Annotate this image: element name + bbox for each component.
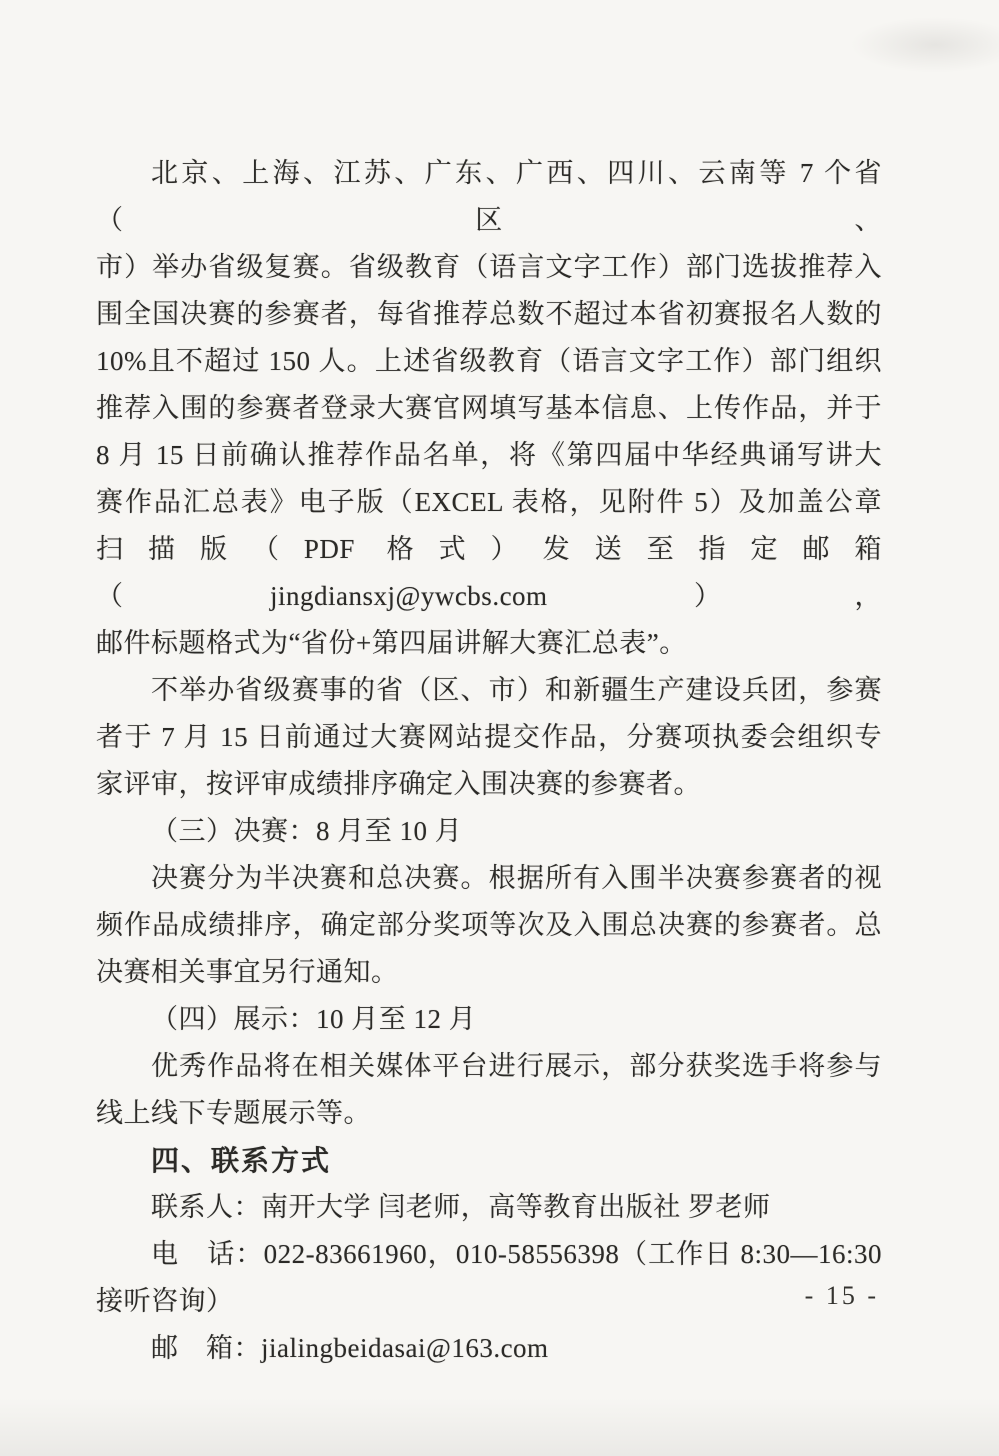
- subsection-heading-finals: （三）决赛：8 月至 10 月: [96, 808, 882, 855]
- body-text-line: 赛作品汇总表》电子版（EXCEL 表格，见附件 5）及加盖公章: [96, 479, 882, 526]
- page-number: - 15 -: [805, 1272, 879, 1319]
- contact-email-line: 邮 箱：jialingbeidasai@163.com: [96, 1325, 882, 1372]
- contact-phone-line: 电 话：022-83661960，010-58556398（工作日 8:30—1…: [96, 1231, 882, 1278]
- body-text-line: 推荐入围的参赛者登录大赛官网填写基本信息、上传作品，并于: [96, 385, 882, 432]
- body-text-line: 频作品成绩排序，确定部分奖项等次及入围总决赛的参赛者。总: [96, 902, 882, 949]
- body-text-line: 扫描版（PDF 格式）发送至指定邮箱（jingdiansxj@ywcbs.com…: [96, 526, 882, 620]
- subsection-heading-display: （四）展示：10 月至 12 月: [96, 996, 882, 1043]
- body-text-line: 优秀作品将在相关媒体平台进行展示，部分获奖选手将参与: [96, 1043, 882, 1090]
- body-text-line: 线上线下专题展示等。: [96, 1090, 882, 1137]
- body-text-line: 市）举办省级复赛。省级教育（语言文字工作）部门选拔推荐入: [96, 244, 882, 291]
- body-text-line: 家评审，按评审成绩排序确定入围决赛的参赛者。: [96, 761, 882, 808]
- body-text-line: 邮件标题格式为“省份+第四届讲解大赛汇总表”。: [96, 620, 882, 667]
- scanned-document-page: 北京、上海、江苏、广东、广西、四川、云南等 7 个省（区、 市）举办省级复赛。省…: [96, 150, 882, 1372]
- body-text-line: 决赛相关事宜另行通知。: [96, 949, 882, 996]
- body-text-line: 北京、上海、江苏、广东、广西、四川、云南等 7 个省（区、: [96, 150, 882, 244]
- body-text-line: 者于 7 月 15 日前通过大赛网站提交作品，分赛项执委会组织专: [96, 714, 882, 761]
- body-text-line: 不举办省级赛事的省（区、市）和新疆生产建设兵团，参赛: [96, 667, 882, 714]
- contact-person-line: 联系人：南开大学 闫老师，高等教育出版社 罗老师: [96, 1184, 882, 1231]
- body-text-line: 10%且不超过 150 人。上述省级教育（语言文字工作）部门组织: [96, 338, 882, 385]
- body-text-line: 围全国决赛的参赛者，每省推荐总数不超过本省初赛报名人数的: [96, 291, 882, 338]
- contact-phone-line-cont: 接听咨询）: [96, 1278, 882, 1325]
- section-heading-contact: 四、联系方式: [96, 1137, 882, 1184]
- body-text-line: 8 月 15 日前确认推荐作品名单，将《第四届中华经典诵写讲大: [96, 432, 882, 479]
- body-text-line: 决赛分为半决赛和总决赛。根据所有入围半决赛参赛者的视: [96, 855, 882, 902]
